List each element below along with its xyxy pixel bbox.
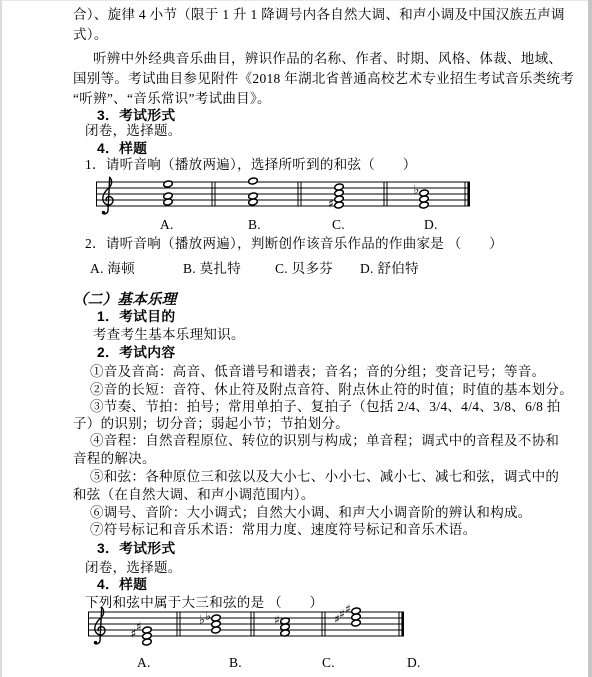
q3-notation-staff: ♯♯♭♭♯♯♯♯ bbox=[0, 600, 592, 658]
q2-option-a: A. 海顿 bbox=[90, 257, 135, 277]
q3-choice-label-c: C. bbox=[322, 655, 335, 671]
q3-choice-label-a: A. bbox=[137, 655, 151, 671]
content-item-4-line-1: ④音程：自然音程原位、转位的识别与构成；单音程；调式中的音程及不协和 bbox=[90, 433, 559, 448]
q1-choice-label-d: D. bbox=[424, 217, 438, 233]
intro-paragraph-line-1: 合）、旋律 4 小节（限于 1 升 1 降调号内各自然大调、和声小调及中国汉族五… bbox=[73, 7, 565, 22]
listening-paragraph-line-3: “听辨”、“音乐常识”考试曲目》。 bbox=[73, 91, 271, 106]
page-left-edge bbox=[0, 0, 2, 677]
q3-choice-label-d: D. bbox=[407, 655, 421, 671]
heading-sample-questions-1: 4．样题 bbox=[97, 141, 147, 156]
content-item-5-line-2: 和弦（在自然大调、和声小调范围内）。 bbox=[73, 487, 315, 502]
content-item-5-line-1: ⑤和弦：各种原位三和弦以及大小七、小小七、减小七、减七和弦，调式中的 bbox=[90, 469, 559, 484]
q3-choice-labels-row: A. B. C. D. bbox=[0, 655, 592, 673]
content-item-3-line-1: ③节奏、节拍：拍号；常用单拍子、复拍子（包括 2/4、3/4、4/4、3/8、6… bbox=[90, 399, 561, 414]
listening-paragraph-line-1: 听辨中外经典音乐曲目，辨识作品的名称、作者、时期、风格、体裁、地域、 bbox=[93, 51, 562, 66]
svg-text:♭: ♭ bbox=[414, 183, 420, 197]
document-page: { "page": { "background": "#ffffff", "ed… bbox=[0, 0, 592, 677]
q1-choice-label-b: B. bbox=[248, 217, 261, 233]
exam-format-text-2: 闭卷，选择题。 bbox=[85, 560, 182, 575]
heading-exam-content: 2．考试内容 bbox=[97, 345, 175, 360]
heading-exam-format-1: 3．考试形式 bbox=[97, 108, 175, 123]
svg-text:♯: ♯ bbox=[339, 607, 345, 621]
page-top-edge bbox=[0, 0, 592, 1]
exam-purpose-text: 考查考生基本乐理知识。 bbox=[93, 327, 245, 342]
page-right-edge bbox=[588, 0, 592, 677]
intro-paragraph-line-2: 式）。 bbox=[73, 27, 108, 42]
content-item-2: ②音的长短：音符、休止符及附点音符、附点休止符的时值；时值的基本划分。 bbox=[90, 382, 573, 397]
content-item-7: ⑦符号标记和音乐术语：常用力度、速度符号标记和音乐术语。 bbox=[90, 522, 476, 537]
q1-choice-label-c: C. bbox=[332, 217, 345, 233]
q1-choice-label-a: A. bbox=[160, 217, 174, 233]
svg-text:♯: ♯ bbox=[131, 627, 137, 641]
question-2-text: 2．请听音响（播放两遍），判断创作该音乐作品的作曲家是 （ ） bbox=[85, 236, 503, 251]
svg-text:♯: ♯ bbox=[136, 620, 142, 634]
svg-text:♯: ♯ bbox=[274, 613, 280, 627]
content-item-1: ①音及音高：高音、低音谱号和谱表；音名；音的分组；变音记号；等音。 bbox=[90, 364, 545, 379]
svg-text:♯: ♯ bbox=[334, 612, 340, 626]
listening-paragraph-line-2: 国别等。考试曲目参见附件《2018 年湖北省普通高校艺术专业招生考试音乐类统考 bbox=[73, 71, 574, 86]
q1-choice-labels-row: A. B. C. D. bbox=[0, 217, 592, 235]
q1-notation-staff: ♯♭ bbox=[0, 168, 592, 224]
q2-option-d: D. 舒伯特 bbox=[360, 257, 419, 277]
heading-exam-format-2: 3．考试形式 bbox=[97, 541, 175, 556]
heading-exam-purpose: 1．考试目的 bbox=[97, 309, 175, 324]
content-item-4-line-2: 音程的解决。 bbox=[73, 451, 156, 466]
svg-text:♯: ♯ bbox=[328, 197, 334, 211]
exam-format-text-1: 闭卷，选择题。 bbox=[85, 123, 182, 138]
svg-text:♯: ♯ bbox=[345, 602, 351, 616]
q2-option-b: B. 莫扎特 bbox=[183, 257, 241, 277]
content-item-6: ⑥调号、音阶：大小调式；自然大小调、和声大小调音阶的辨认和构成。 bbox=[90, 505, 532, 520]
svg-text:♭: ♭ bbox=[199, 613, 205, 627]
q3-choice-label-b: B. bbox=[229, 655, 242, 671]
q2-option-c: C. 贝多芬 bbox=[275, 257, 333, 277]
heading-section-basic-theory: （二）基本乐理 bbox=[73, 293, 177, 308]
heading-sample-questions-2: 4．样题 bbox=[97, 577, 147, 592]
q2-options-row: A. 海顿 B. 莫扎特 C. 贝多芬 D. 舒伯特 bbox=[0, 257, 592, 275]
content-item-3-line-2: 子）的识别；切分音；弱起小节；节拍划分。 bbox=[73, 416, 349, 431]
svg-text:♭: ♭ bbox=[205, 609, 211, 623]
